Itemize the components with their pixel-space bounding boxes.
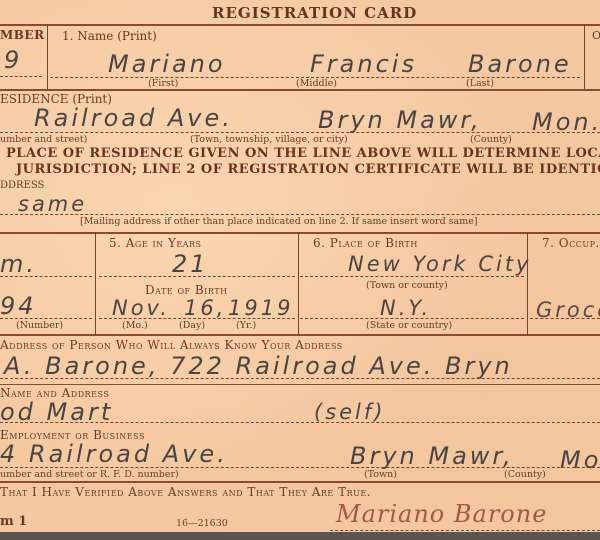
dashed-line xyxy=(0,76,42,77)
phone-number-value: 94 xyxy=(0,292,37,320)
mailing-address-label: DDRESS xyxy=(0,180,44,191)
last-caption: (Last) xyxy=(466,78,494,89)
mailing-address-value: same xyxy=(18,192,87,216)
divider xyxy=(298,232,299,334)
serial-number-value: 9 xyxy=(4,46,22,74)
dashed-line xyxy=(0,214,600,215)
employment-street-value: 4 Railroad Ave. xyxy=(0,440,228,468)
last-name-value: Barone xyxy=(468,50,572,78)
divider xyxy=(0,24,600,26)
affirmation-text: That I Have Verified Above Answers and T… xyxy=(0,485,371,499)
contact-person-value: A. Barone, 722 Railroad Ave. Bryn xyxy=(4,352,513,380)
dashed-line xyxy=(99,276,295,277)
place-of-birth-label: 6. Place of Birth xyxy=(313,236,418,250)
middle-caption: (Middle) xyxy=(296,78,337,89)
employment-county-value: Mo xyxy=(560,446,600,474)
street-caption: umber and street) xyxy=(0,134,87,145)
dashed-line xyxy=(530,318,600,319)
dashed-line xyxy=(300,276,524,277)
divider xyxy=(95,232,96,334)
dob-year-value: 1919 xyxy=(228,296,293,320)
dashed-line xyxy=(0,378,600,379)
divider xyxy=(0,232,600,234)
registration-card: REGISTRATION CARD MBER 9 1. Name (Print)… xyxy=(0,0,600,532)
phone-number-caption: (Number) xyxy=(16,320,63,331)
occupation-label: 7. Occup. xyxy=(542,236,600,250)
signature-line xyxy=(330,530,600,531)
mailing-address-caption: [Mailing address if other than place ind… xyxy=(80,216,478,227)
name-label: 1. Name (Print) xyxy=(62,29,157,43)
jurisdiction-notice-line-1: PLACE OF RESIDENCE GIVEN ON THE LINE ABO… xyxy=(6,146,600,161)
age-label: 5. Age in Years xyxy=(109,236,202,250)
phone-exchange-value: m. xyxy=(0,250,37,278)
divider xyxy=(0,481,600,483)
dob-month-value: Nov. xyxy=(112,296,170,320)
print-code: 16—21630 xyxy=(176,518,228,529)
dob-day-caption: (Day) xyxy=(179,320,205,331)
divider xyxy=(0,334,600,336)
birth-town-caption: (Town or county) xyxy=(366,280,448,291)
middle-name-value: Francis xyxy=(310,50,417,78)
birth-state-caption: (State or country) xyxy=(366,320,452,331)
employment-county-caption: (County) xyxy=(504,469,546,480)
dashed-line xyxy=(300,318,524,319)
registrant-signature: Mariano Barone xyxy=(336,500,547,528)
residence-street-value: Railroad Ave. xyxy=(34,104,233,132)
employment-town-value: Bryn Mawr, xyxy=(350,442,514,470)
dob-year-caption: (Yr.) xyxy=(236,320,256,331)
birth-town-value: New York City xyxy=(348,252,531,276)
first-caption: (First) xyxy=(148,78,178,89)
dob-month-caption: (Mo.) xyxy=(122,320,148,331)
employer-note-value: (self) xyxy=(314,400,385,424)
employment-street-caption: umber and street or R. F. D. number) xyxy=(0,469,179,480)
residence-town-value: Bryn Mawr, xyxy=(318,106,482,134)
town-caption: (Town, township, village, or city) xyxy=(190,134,348,145)
divider xyxy=(527,232,528,334)
county-caption: (County) xyxy=(470,134,512,145)
dashed-line xyxy=(0,422,600,423)
dashed-line xyxy=(0,318,92,319)
age-value: 21 xyxy=(172,250,209,278)
serial-number-label: MBER xyxy=(0,28,45,42)
dashed-line xyxy=(99,318,295,319)
divider xyxy=(0,384,600,385)
divider xyxy=(47,24,48,89)
jurisdiction-notice-line-2: JURISDICTION; LINE 2 OF REGISTRATION CER… xyxy=(16,162,600,177)
dashed-line xyxy=(0,467,600,468)
birth-state-value: N.Y. xyxy=(380,296,431,320)
divider xyxy=(0,89,600,91)
date-of-birth-label: Date of Birth xyxy=(145,283,228,297)
card-title: REGISTRATION CARD xyxy=(212,4,417,22)
divider xyxy=(584,24,585,89)
first-name-value: Mariano xyxy=(108,50,226,78)
dob-day-value: 16, xyxy=(184,296,226,320)
contact-person-label: Address of Person Who Will Always Know Y… xyxy=(0,338,343,352)
dashed-line xyxy=(0,132,600,133)
form-id: m 1 xyxy=(0,514,27,529)
bottom-edge xyxy=(0,532,600,540)
right-edge-label: O xyxy=(592,29,600,42)
employment-town-caption: (Town) xyxy=(364,469,397,480)
dashed-line xyxy=(0,276,92,277)
